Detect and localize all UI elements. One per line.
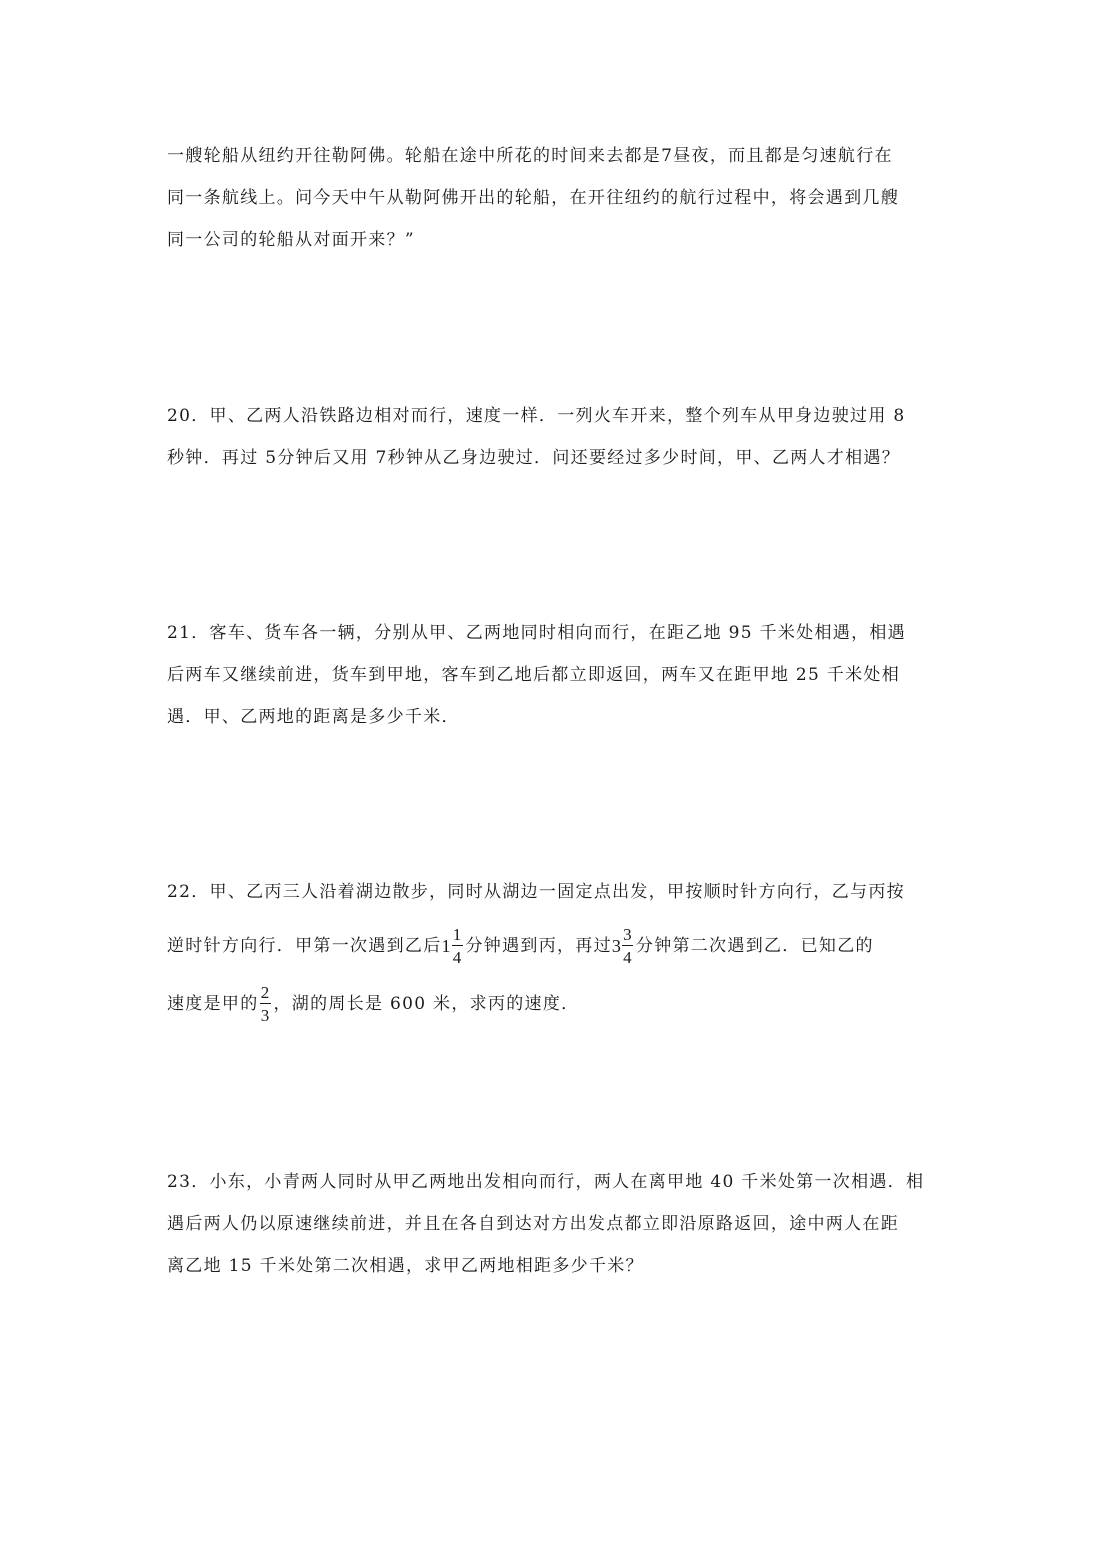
text-segment: ，湖的周长是 600 米，求丙的速度． — [274, 981, 580, 1027]
fraction-bar — [452, 945, 463, 946]
fraction-two-thirds: 23 — [260, 983, 271, 1025]
fraction-three-quarters: 34 — [622, 925, 633, 967]
text-line: 秒钟．再过 5分钟后又用 7秒钟从乙身边驶过．问还要经过多少时间，甲、乙两人才相… — [167, 448, 900, 468]
fraction-denominator: 4 — [622, 948, 633, 967]
text-line: 后两车又继续前进，货车到甲地，客车到乙地后都立即返回，两车又在距甲地 25 千米… — [167, 665, 900, 685]
text-line: 一艘轮船从纽约开往勒阿佛。轮船在途中所花的时间来去都是7昼夜，而且都是匀速航行在 — [167, 146, 893, 166]
fraction-numerator: 2 — [260, 983, 271, 1002]
text-segment: 速度是甲的 — [167, 981, 259, 1027]
text-segment: 逆时针方向行．甲第一次遇到乙后 — [167, 923, 442, 969]
text-line: 21．客车、货车各一辆，分别从甲、乙两地同时相向而行，在距乙地 95 千米处相遇… — [167, 623, 906, 643]
fraction-denominator: 4 — [452, 948, 463, 967]
fraction-numerator: 1 — [452, 925, 463, 944]
mixed-number-whole: 3 — [612, 923, 621, 969]
document-page: 一艘轮船从纽约开往勒阿佛。轮船在途中所花的时间来去都是7昼夜，而且都是匀速航行在… — [0, 0, 1102, 1559]
text-line: 遇后两人仍以原速继续前进，并且在各自到达对方出发点都立即沿原路返回，途中两人在距 — [167, 1214, 899, 1234]
text-line: 遇．甲、乙两地的距离是多少千米． — [167, 707, 460, 727]
text-segment: 分钟遇到丙，再过 — [466, 923, 612, 969]
text-line: 22．甲、乙丙三人沿着湖边散步，同时从湖边一固定点出发，甲按顺时针方向行，乙与丙… — [167, 882, 905, 902]
text-line: 同一条航线上。问今天中午从勒阿佛开出的轮船，在开往纽约的航行过程中，将会遇到几艘 — [167, 188, 899, 208]
text-line-with-fraction: 速度是甲的23，湖的周长是 600 米，求丙的速度． — [167, 980, 579, 1026]
text-segment: 分钟第二次遇到乙．已知乙的 — [636, 923, 874, 969]
fraction-bar — [260, 1003, 271, 1004]
fraction-bar — [622, 945, 633, 946]
fraction-denominator: 3 — [260, 1006, 271, 1025]
text-line: 20．甲、乙两人沿铁路边相对而行，速度一样．一列火车开来，整个列车从甲身边驶过用… — [167, 406, 905, 426]
fraction-numerator: 3 — [622, 925, 633, 944]
text-line-with-fractions: 逆时针方向行．甲第一次遇到乙后114分钟遇到丙，再过 334分钟第二次遇到乙．已… — [167, 922, 874, 968]
text-line: 离乙地 15 千米处第二次相遇，求甲乙两地相距多少千米？ — [167, 1256, 644, 1276]
fraction-one-quarter: 14 — [452, 925, 463, 967]
mixed-number-whole: 1 — [442, 923, 451, 969]
text-line: 同一公司的轮船从对面开来？” — [167, 230, 415, 250]
text-line: 23．小东，小青两人同时从甲乙两地出发相向而行，两人在离甲地 40 千米处第一次… — [167, 1172, 924, 1192]
